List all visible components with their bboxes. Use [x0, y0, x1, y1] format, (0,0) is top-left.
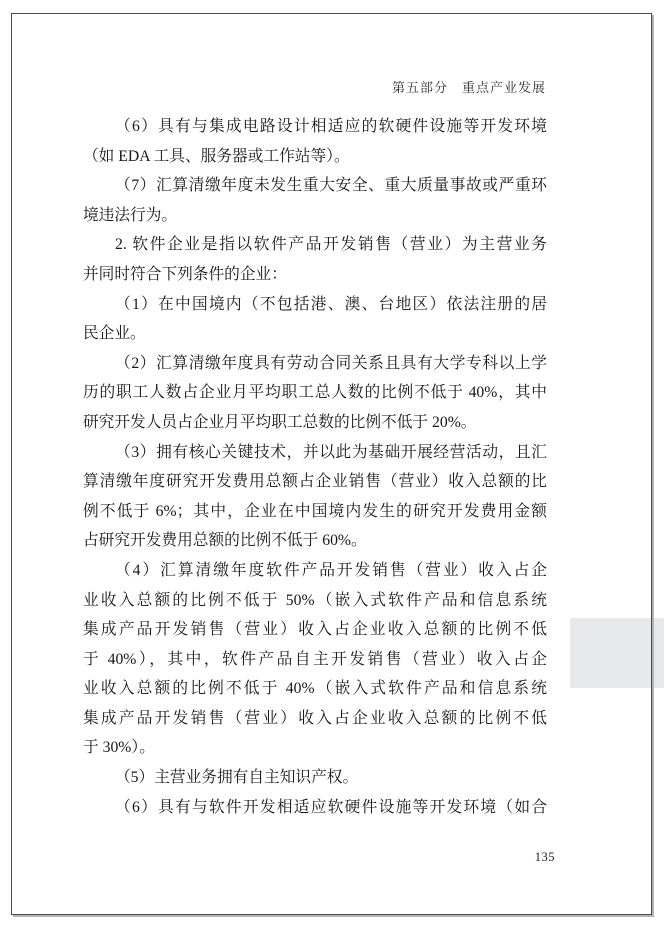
text-line: 集成产品开发销售（营业）收入占企业收入总额的比例不低	[83, 615, 547, 645]
text-line: 业收入总额的比例不低于 40%（嵌入式软件产品和信息系统	[83, 674, 547, 704]
running-header: 第五部分 重点产业发展	[83, 77, 546, 96]
text-line: 于 40%），其中，软件产品自主开发销售（营业）收入占企	[83, 645, 547, 675]
text-line: （2）汇算清缴年度具有劳动合同关系且具有大学专科以上学	[83, 349, 547, 379]
text-line: 集成产品开发销售（营业）收入占企业收入总额的比例不低	[83, 704, 547, 734]
text-line: （如 EDA 工具、服务器或工作站等）。	[83, 142, 547, 172]
text-line: 并同时符合下列条件的企业：	[83, 260, 547, 290]
text-line: 2. 软件企业是指以软件产品开发销售（营业）为主营业务	[83, 230, 547, 260]
paragraph: （4）汇算清缴年度软件产品开发销售（营业）收入占企业收入总额的比例不低于 50%…	[83, 556, 547, 763]
text-line: 民企业。	[83, 319, 547, 349]
text-line: （5）主营业务拥有自主知识产权。	[83, 763, 547, 793]
text-line: （1）在中国境内（不包括港、澳、台地区）依法注册的居	[83, 290, 547, 320]
text-line: 境违法行为。	[83, 201, 547, 231]
paragraph: （6）具有与软件开发相适应软硬件设施等开发环境（如合	[83, 793, 547, 823]
text-line: （4）汇算清缴年度软件产品开发销售（营业）收入占企	[83, 556, 547, 586]
paragraph: 2. 软件企业是指以软件产品开发销售（营业）为主营业务并同时符合下列条件的企业：	[83, 230, 547, 289]
text-line: 算清缴年度研究开发费用总额占企业销售（营业）收入总额的比	[83, 467, 547, 497]
paragraph: （2）汇算清缴年度具有劳动合同关系且具有大学专科以上学历的职工人数占企业月平均职…	[83, 349, 547, 438]
text-line: 于 30%）。	[83, 733, 547, 763]
paragraph: （7）汇算清缴年度未发生重大安全、重大质量事故或严重环境违法行为。	[83, 171, 547, 230]
body-text: （6）具有与集成电路设计相适应的软硬件设施等开发环境（如 EDA 工具、服务器或…	[83, 112, 547, 822]
text-line: （7）汇算清缴年度未发生重大安全、重大质量事故或严重环	[83, 171, 547, 201]
text-line: （3）拥有核心关键技术，并以此为基础开展经营活动，且汇	[83, 438, 547, 468]
paragraph: （6）具有与集成电路设计相适应的软硬件设施等开发环境（如 EDA 工具、服务器或…	[83, 112, 547, 171]
book-page: { "page": { "header": "第五部分 重点产业发展", "pa…	[0, 0, 664, 929]
edge-index-tab	[570, 618, 664, 688]
page-number: 135	[483, 850, 555, 865]
text-line: 历的职工人数占企业月平均职工总人数的比例不低于 40%，其中	[83, 378, 547, 408]
text-line: （6）具有与集成电路设计相适应的软硬件设施等开发环境	[83, 112, 547, 142]
text-line: 占研究开发费用总额的比例不低于 60%。	[83, 526, 547, 556]
text-line: （6）具有与软件开发相适应软硬件设施等开发环境（如合	[83, 793, 547, 823]
text-line: 例不低于 6%；其中，企业在中国境内发生的研究开发费用金额	[83, 497, 547, 527]
text-line: 研究开发人员占企业月平均职工总数的比例不低于 20%。	[83, 408, 547, 438]
paragraph: （3）拥有核心关键技术，并以此为基础开展经营活动，且汇算清缴年度研究开发费用总额…	[83, 438, 547, 556]
paragraph: （5）主营业务拥有自主知识产权。	[83, 763, 547, 793]
paragraph: （1）在中国境内（不包括港、澳、台地区）依法注册的居民企业。	[83, 290, 547, 349]
text-line: 业收入总额的比例不低于 50%（嵌入式软件产品和信息系统	[83, 586, 547, 616]
